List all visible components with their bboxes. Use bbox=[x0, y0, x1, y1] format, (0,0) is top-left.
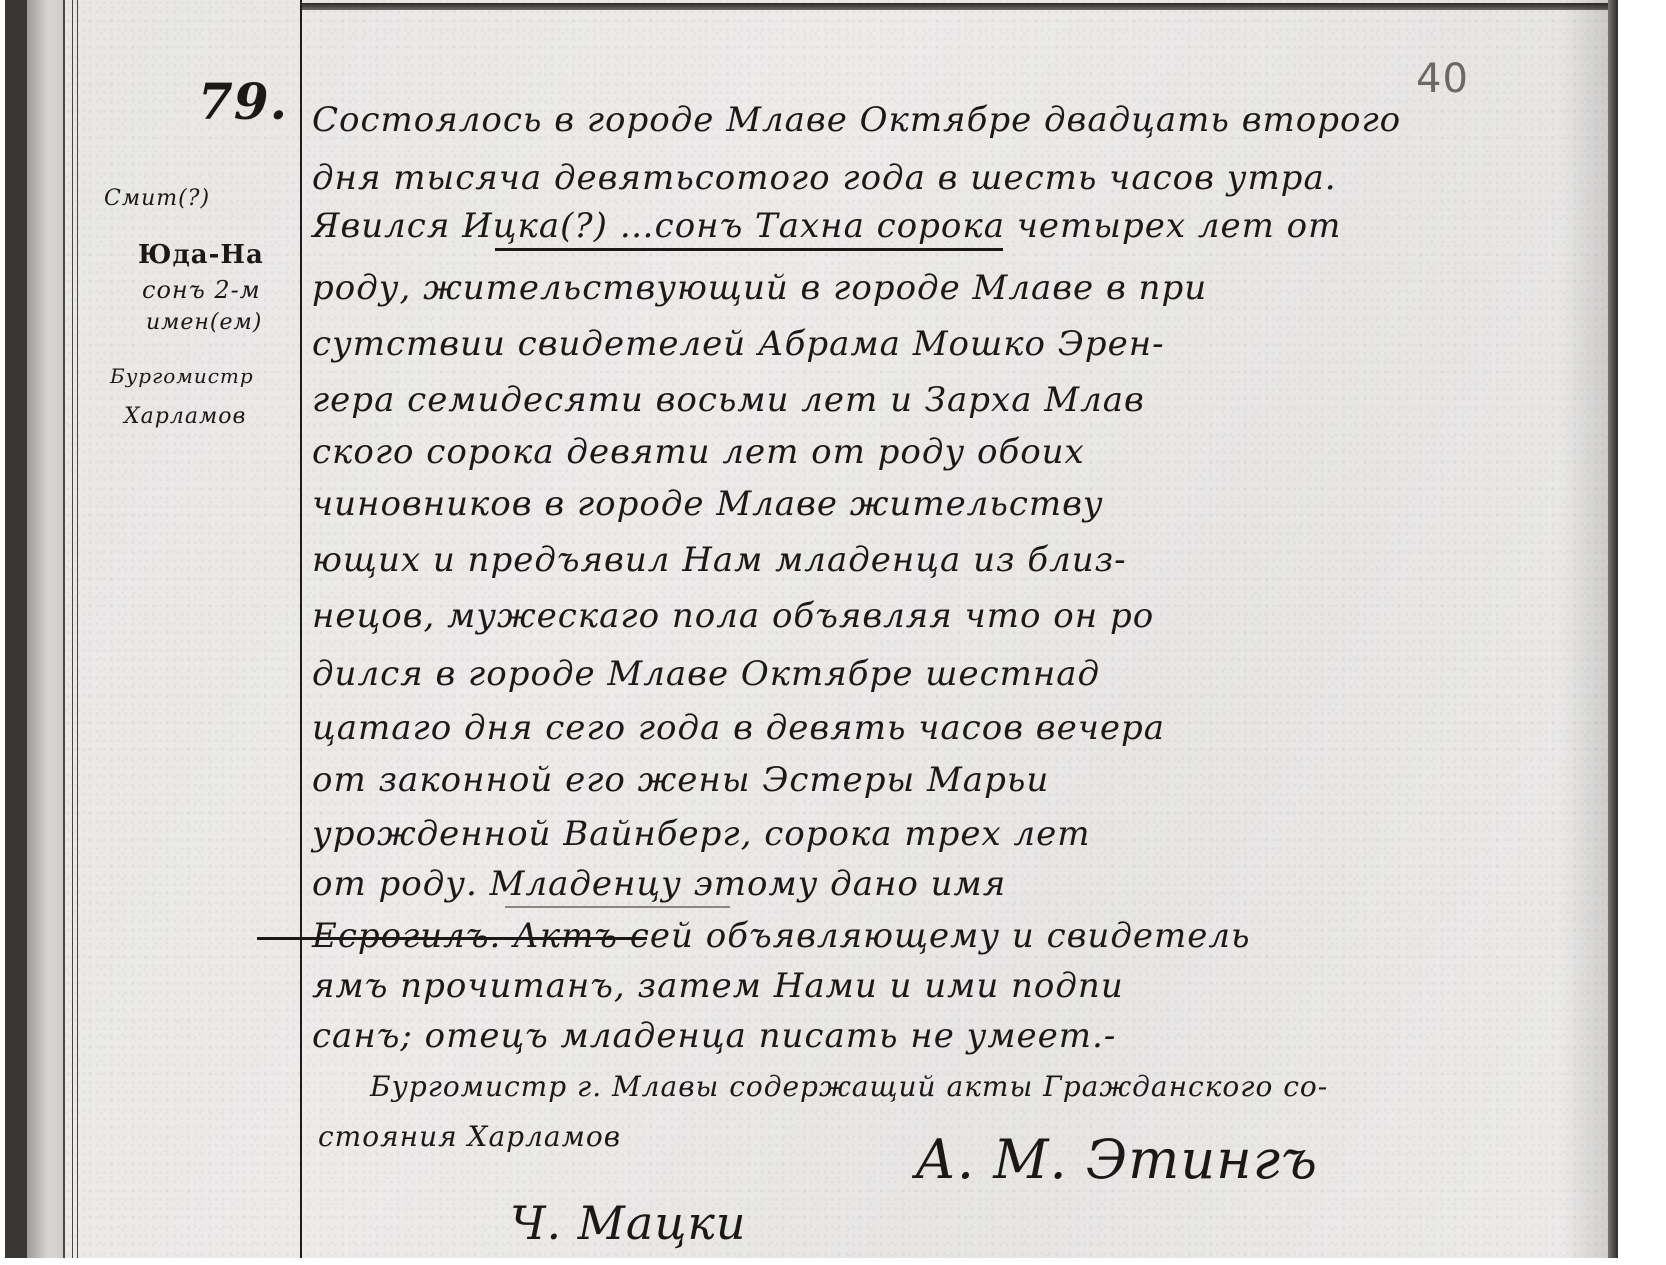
body-line: дня тысяча девятьсотого года в шесть час… bbox=[312, 158, 1337, 198]
body-line: ямъ прочитанъ, затем Нами и ими подпи bbox=[312, 966, 1124, 1006]
record-number: 79. bbox=[198, 72, 288, 131]
body-line: гера семидесяти восьми лет и Зарха Млав bbox=[312, 380, 1145, 420]
ruled-line bbox=[63, 0, 65, 1258]
closing-line: стояния Харламов bbox=[318, 1120, 621, 1153]
body-line: нецов, мужескаго пола объявляя что он ро bbox=[312, 596, 1154, 636]
signature-official: А. М. Этингъ bbox=[915, 1128, 1318, 1191]
page-top-edge bbox=[300, 3, 1618, 10]
binding-shadow bbox=[5, 0, 27, 1258]
body-line: от роду. Младенцу этому дано имя bbox=[312, 864, 1006, 904]
margin-note: Харламов bbox=[124, 404, 246, 429]
faint-underline bbox=[505, 906, 730, 908]
body-line: цатаго дня сего года в девять часов вече… bbox=[312, 708, 1165, 748]
folio-number: 40 bbox=[1416, 56, 1469, 102]
margin-column-divider bbox=[300, 0, 302, 1258]
margin-note: сонъ 2-м bbox=[142, 276, 261, 304]
body-line: Есрогилъ. Актъ сей объявляющему и свидет… bbox=[312, 916, 1251, 956]
margin-note: Бургомистр bbox=[110, 364, 254, 388]
name-underline bbox=[495, 248, 1003, 251]
child-name-underline bbox=[257, 937, 647, 940]
margin-note: Юда-На bbox=[138, 240, 264, 270]
page-edge-shadow bbox=[1560, 0, 1608, 1258]
body-line: роду, жительствующий в городе Млаве в пр… bbox=[312, 268, 1207, 308]
page-right-edge bbox=[1608, 0, 1618, 1258]
body-line: чиновников в городе Млаве жительству bbox=[312, 484, 1104, 524]
body-line: сутствии свидетелей Абрама Мошко Эрен- bbox=[312, 324, 1165, 364]
binding-margin bbox=[27, 0, 63, 1258]
body-line: урожденной Вайнберг, сорока трех лет bbox=[312, 814, 1090, 854]
body-line: санъ; отецъ младенца писать не умеет.- bbox=[312, 1016, 1116, 1056]
body-line: Явился Ицка(?) …сонъ Тахна сорока четыре… bbox=[312, 206, 1341, 246]
margin-note: Смит(?) bbox=[104, 186, 210, 211]
body-line: ского сорока девяти лет от роду обоих bbox=[312, 432, 1085, 472]
ruled-line bbox=[77, 0, 78, 1258]
signature-witness: Ч. Мацки bbox=[510, 1196, 747, 1250]
body-line: от законной его жены Эстеры Марьи bbox=[312, 760, 1049, 800]
body-line: Состоялось в городе Млаве Октябре двадца… bbox=[312, 100, 1401, 140]
ruled-line bbox=[72, 0, 73, 1258]
margin-note: имен(ем) bbox=[146, 310, 262, 335]
body-line: ющих и предъявил Нам младенца из близ- bbox=[312, 540, 1127, 580]
closing-line: Бургомистр г. Млавы содержащий акты Граж… bbox=[370, 1070, 1328, 1103]
body-line: дился в городе Млаве Октябре шестнад bbox=[312, 654, 1100, 694]
